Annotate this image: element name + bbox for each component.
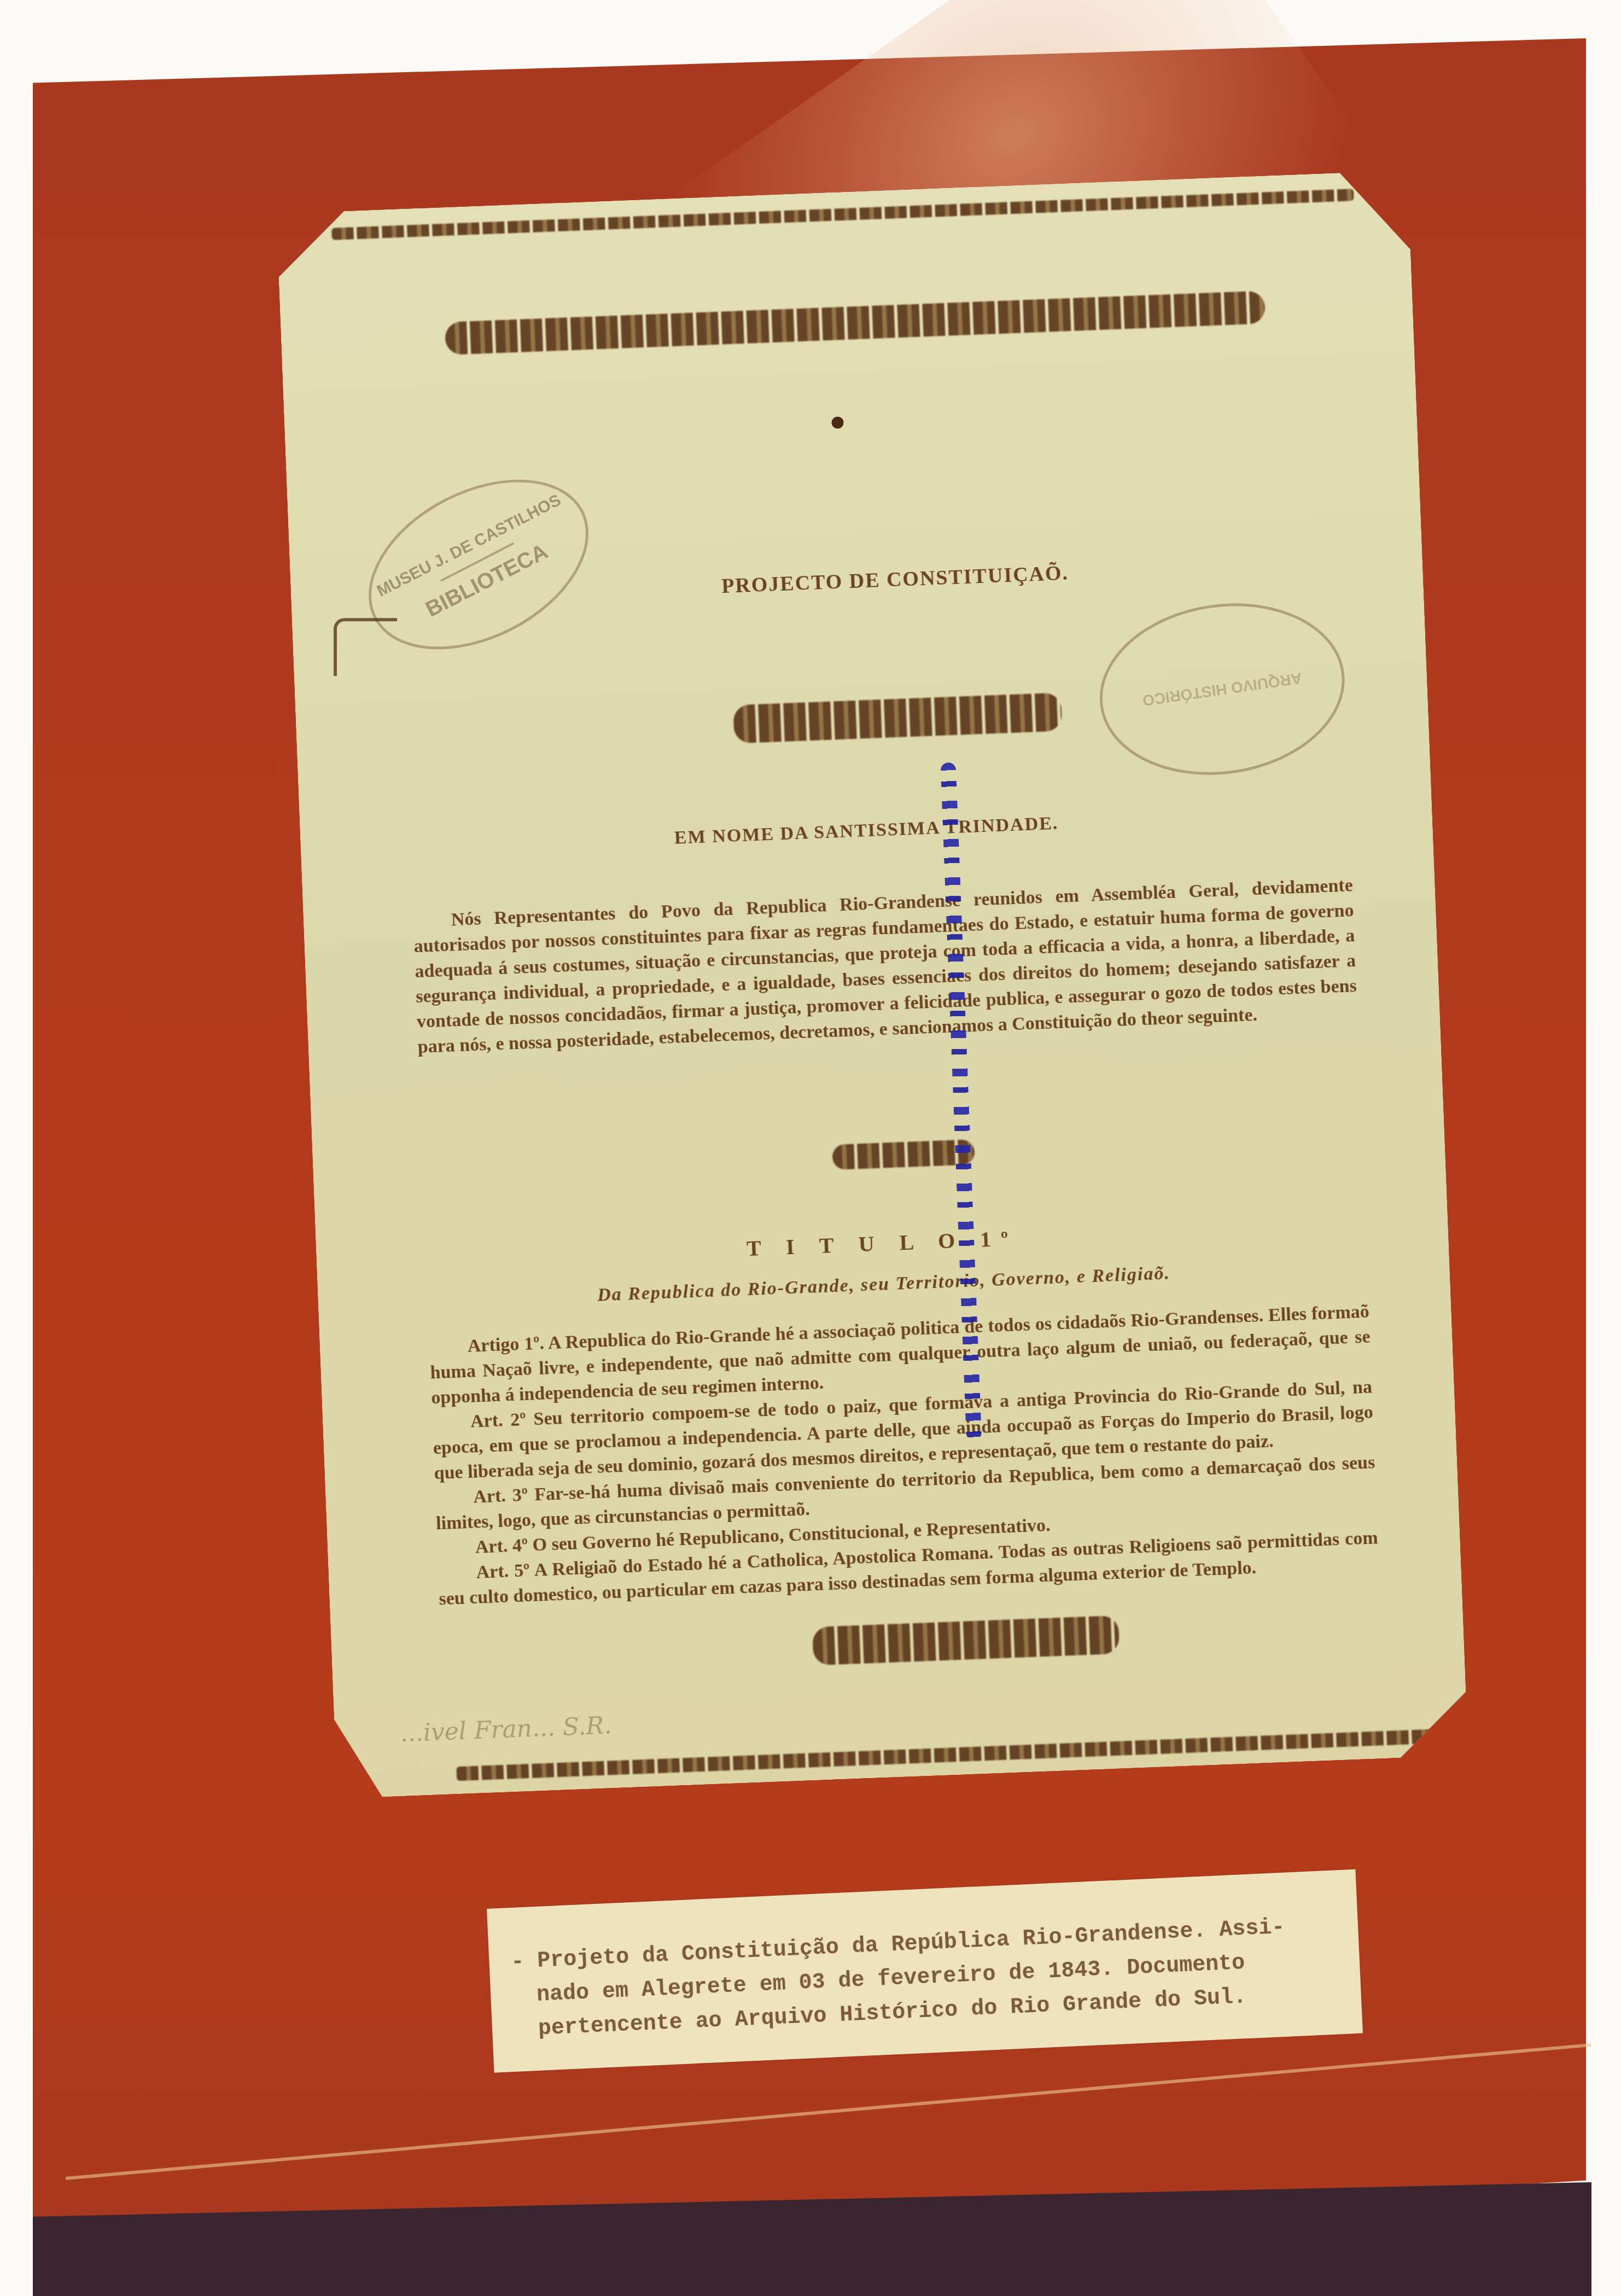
stamp-right-text: ARQUIVO HISTÓRICO bbox=[1141, 669, 1303, 709]
paper-clip-mark bbox=[334, 618, 397, 676]
historical-document: MUSEU J. DE CASTILHOS BIBLIOTECA PROJECT… bbox=[276, 170, 1468, 1798]
stamp-arquivo-historico: ARQUIVO HISTÓRICO bbox=[1088, 588, 1356, 791]
small-ornament bbox=[832, 1139, 975, 1170]
article-label: Art. 4º bbox=[475, 1535, 528, 1558]
preamble-text: Nós Representantes do Povo da Republica … bbox=[412, 873, 1358, 1060]
article-label: Art. 2º bbox=[470, 1409, 526, 1432]
article-label: Art. 5º bbox=[476, 1560, 530, 1583]
article-label: Artigo 1º. bbox=[467, 1333, 545, 1356]
middle-ornament bbox=[733, 692, 1062, 743]
invocation-heading: EM NOME DA SANTISSIMA TRINDADE. bbox=[300, 799, 1432, 863]
article-label: Art. 3º bbox=[473, 1485, 528, 1507]
bottom-ornament bbox=[812, 1616, 1119, 1665]
articles: Artigo 1º. A Republica do Rio-Grande hé … bbox=[429, 1299, 1379, 1612]
header-ornament bbox=[445, 291, 1266, 356]
ornament-dot bbox=[831, 416, 844, 429]
signature: ...ivel Fran... S.R. bbox=[400, 1711, 612, 1747]
preamble-paragraph: Nós Representantes do Povo da Republica … bbox=[412, 873, 1358, 1060]
